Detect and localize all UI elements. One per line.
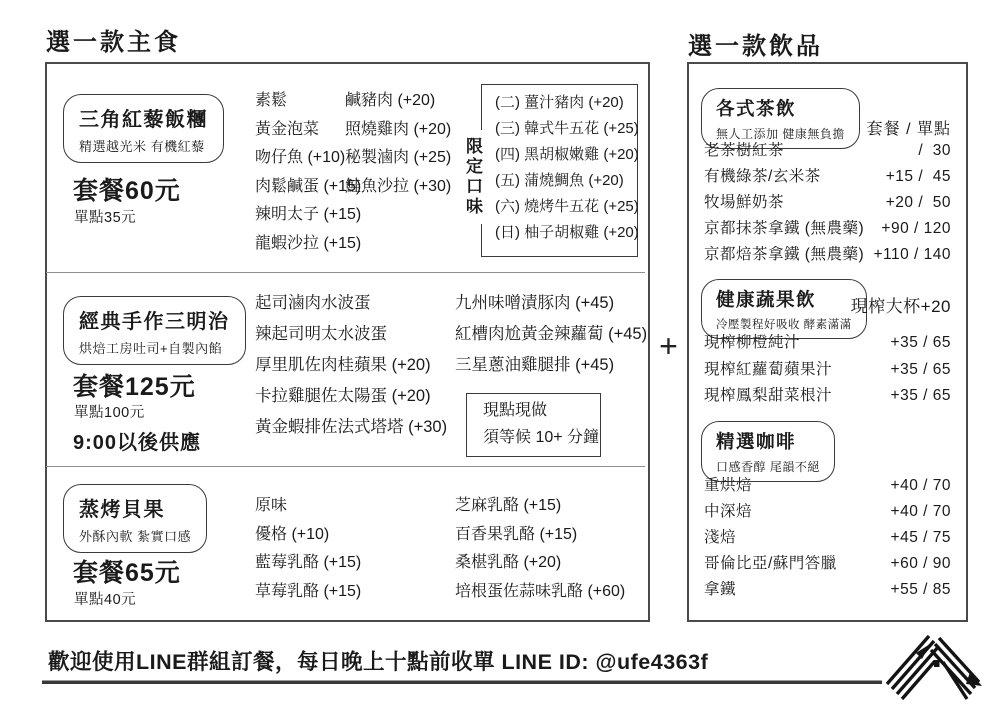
menu-item: 黃金蝦排佐法式塔塔 (+30)	[255, 412, 447, 443]
menu-item: 照燒雞肉 (+20)	[345, 116, 451, 145]
drink-price: +55 / 85	[891, 577, 951, 603]
drink-row: 老茶樹紅茶 / 30	[704, 138, 951, 164]
riceball-set-price: 套餐60元	[73, 171, 181, 207]
menu-item: 鹹豬肉 (+20)	[345, 87, 451, 116]
drink-row: 拿鐵 +55 / 85	[704, 577, 951, 603]
made-to-order-line: 須等候 10+ 分鐘	[467, 424, 600, 451]
menu-item: 秘製滷肉 (+25)	[345, 144, 451, 173]
menu-item: (六) 燒烤牛五花 (+25)	[495, 194, 639, 220]
drink-name: 有機綠茶/玄米茶	[704, 164, 821, 190]
drink-name: 現榨鳳梨甜菜根汁	[704, 383, 832, 410]
bagel-subtitle: 外酥內軟 紮實口感	[79, 526, 191, 545]
sandwich-items-col2: 九州味噌漬豚肉 (+45)紅槽肉尬黃金辣蘿蔔 (+45)三星蔥油雞腿排 (+45…	[455, 288, 647, 381]
riceball-items-col2: 鹹豬肉 (+20)照燒雞肉 (+20)秘製滷肉 (+25)鮭魚沙拉 (+30)	[345, 87, 451, 201]
drink-name: 淺焙	[704, 525, 736, 551]
drink-row: 淺焙 +45 / 75	[704, 525, 951, 551]
sandwich-title-bubble: 經典手作三明治 烘焙工房吐司+自製內餡	[63, 296, 246, 365]
drink-row: 中深焙 +40 / 70	[704, 499, 951, 525]
drink-price: +45 / 75	[891, 525, 951, 551]
drink-row: 有機綠茶/玄米茶 +15 / 45	[704, 164, 951, 190]
drink-name: 京都抹茶拿鐵 (無農藥)	[704, 216, 864, 242]
menu-item: 辣起司明太水波蛋	[255, 319, 447, 350]
menu-item: 桑椹乳酪 (+20)	[455, 549, 625, 578]
footer-rule	[42, 680, 882, 684]
drink-row: 現榨柳橙純汁 +35 / 65	[704, 330, 951, 357]
menu-item: 三星蔥油雞腿排 (+45)	[455, 350, 647, 381]
menu-item: 龍蝦沙拉 (+15)	[255, 230, 361, 259]
drink-price: +40 / 70	[891, 473, 951, 499]
sandwich-items-col1: 起司滷肉水波蛋辣起司明太水波蛋厚里肌佐肉桂蘋果 (+20)卡拉雞腿佐太陽蛋 (+…	[255, 288, 447, 443]
juice-side-note: 現榨大杯+20	[830, 292, 951, 317]
bagel-title: 蒸烤貝果	[79, 493, 191, 522]
drink-name: 中深焙	[704, 499, 752, 525]
drink-row: 哥倫比亞/蘇門答臘 +60 / 90	[704, 551, 951, 577]
drink-row: 現榨鳳梨甜菜根汁 +35 / 65	[704, 383, 951, 410]
drink-price: +35 / 65	[891, 357, 951, 384]
drinks-header: 選一款飲品	[688, 26, 823, 61]
drink-name: 重烘焙	[704, 473, 752, 499]
drink-name: 現榨柳橙純汁	[704, 330, 800, 357]
sandwich-set-price: 套餐125元	[73, 367, 196, 403]
drink-row: 重烘焙 +40 / 70	[704, 473, 951, 499]
menu-item: 起司滷肉水波蛋	[255, 288, 447, 319]
limited-flavors-label: 限定口味	[459, 130, 486, 224]
menu-item: 芝麻乳酪 (+15)	[455, 492, 625, 521]
drink-name: 拿鐵	[704, 577, 736, 603]
menu-item: 原味	[255, 492, 361, 521]
menu-item: 藍莓乳酪 (+15)	[255, 549, 361, 578]
juice-items: 現榨柳橙純汁 +35 / 65 現榨紅蘿蔔蘋果汁 +35 / 65 現榨鳳梨甜菜…	[704, 330, 951, 410]
section-divider-2	[46, 466, 645, 467]
limited-flavors-box: (二) 薑汁豬肉 (+20)(三) 韓式牛五花 (+25)(四) 黑胡椒嫩雞 (…	[481, 84, 638, 257]
menu-item: 厚里肌佐肉桂蘋果 (+20)	[255, 350, 447, 381]
tea-items: 老茶樹紅茶 / 30 有機綠茶/玄米茶 +15 / 45 牧場鮮奶茶 +20 /…	[704, 138, 951, 268]
menu-item: 辣明太子 (+15)	[255, 201, 361, 230]
sandwich-title: 經典手作三明治	[79, 305, 230, 334]
menu-page: 選一款主食 選一款飲品 三角紅藜飯糰 精選越光米 有機紅藜 套餐60元 單點35…	[0, 0, 1000, 707]
riceball-title-bubble: 三角紅藜飯糰 精選越光米 有機紅藜	[63, 94, 224, 163]
roof-logo-icon	[885, 626, 987, 702]
drink-name: 哥倫比亞/蘇門答臘	[704, 551, 837, 577]
sandwich-availability: 9:00以後供應	[73, 426, 201, 455]
menu-item: 草莓乳酪 (+15)	[255, 578, 361, 607]
drink-row: 京都抹茶拿鐵 (無農藥) +90 / 120	[704, 216, 951, 242]
drink-row: 牧場鮮奶茶 +20 / 50	[704, 190, 951, 216]
drink-price: +15 / 45	[886, 164, 951, 190]
coffee-title: 精選咖啡	[716, 428, 820, 454]
footer-order-info: 歡迎使用LINE群組訂餐，每日晚上十點前收單 LINE ID: @ufe4363…	[48, 645, 708, 676]
drink-price: / 30	[918, 138, 951, 164]
plus-sign: +	[650, 328, 687, 365]
menu-item: 九州味噌漬豚肉 (+45)	[455, 288, 647, 319]
drink-row: 現榨紅蘿蔔蘋果汁 +35 / 65	[704, 357, 951, 384]
limited-flavor-items: (二) 薑汁豬肉 (+20)(三) 韓式牛五花 (+25)(四) 黑胡椒嫩雞 (…	[495, 90, 639, 246]
drink-price: +40 / 70	[891, 499, 951, 525]
menu-item: 優格 (+10)	[255, 521, 361, 550]
drink-name: 牧場鮮奶茶	[704, 190, 784, 216]
tea-title: 各式茶飲	[716, 95, 845, 121]
menu-item: 紅槽肉尬黃金辣蘿蔔 (+45)	[455, 319, 647, 350]
coffee-items: 重烘焙 +40 / 70 中深焙 +40 / 70 淺焙 +45 / 75 哥倫…	[704, 473, 951, 603]
bagel-items-col1: 原味優格 (+10)藍莓乳酪 (+15)草莓乳酪 (+15)	[255, 492, 361, 606]
riceball-single-price: 單點35元	[74, 206, 136, 227]
mains-header: 選一款主食	[46, 22, 181, 57]
drink-price: +90 / 120	[881, 216, 951, 242]
menu-item: (三) 韓式牛五花 (+25)	[495, 116, 639, 142]
menu-item: 鮭魚沙拉 (+30)	[345, 173, 451, 202]
drink-price: +20 / 50	[886, 190, 951, 216]
drink-price: +35 / 65	[891, 383, 951, 410]
tea-price-header: 套餐 / 單點	[830, 116, 951, 139]
menu-item: 培根蛋佐蒜味乳酪 (+60)	[455, 578, 625, 607]
menu-item: (日) 柚子胡椒雞 (+20)	[495, 220, 639, 246]
bagel-title-bubble: 蒸烤貝果 外酥內軟 紮實口感	[63, 484, 207, 553]
section-divider-1	[46, 272, 645, 273]
sandwich-single-price: 單點100元	[74, 401, 145, 422]
made-to-order-box: 現點現做須等候 10+ 分鐘	[466, 393, 601, 457]
riceball-title: 三角紅藜飯糰	[79, 103, 208, 132]
menu-item: (二) 薑汁豬肉 (+20)	[495, 90, 639, 116]
riceball-subtitle: 精選越光米 有機紅藜	[79, 136, 208, 155]
drink-price: +60 / 90	[891, 551, 951, 577]
drink-name: 老茶樹紅茶	[704, 138, 784, 164]
made-to-order-line: 現點現做	[467, 397, 600, 424]
drink-price: +110 / 140	[873, 242, 951, 268]
bagel-items-col2: 芝麻乳酪 (+15)百香果乳酪 (+15)桑椹乳酪 (+20)培根蛋佐蒜味乳酪 …	[455, 492, 625, 606]
menu-item: 卡拉雞腿佐太陽蛋 (+20)	[255, 381, 447, 412]
drink-row: 京都焙茶拿鐵 (無農藥) +110 / 140	[704, 242, 951, 268]
bagel-set-price: 套餐65元	[73, 553, 181, 589]
sandwich-subtitle: 烘焙工房吐司+自製內餡	[79, 338, 230, 357]
menu-item: 百香果乳酪 (+15)	[455, 521, 625, 550]
drink-price: +35 / 65	[891, 330, 951, 357]
menu-item: (四) 黑胡椒嫩雞 (+20)	[495, 142, 639, 168]
bagel-single-price: 單點40元	[74, 588, 136, 609]
drink-name: 現榨紅蘿蔔蘋果汁	[704, 357, 832, 384]
drink-name: 京都焙茶拿鐵 (無農藥)	[704, 242, 864, 268]
menu-item: (五) 蒲燒鯛魚 (+20)	[495, 168, 639, 194]
